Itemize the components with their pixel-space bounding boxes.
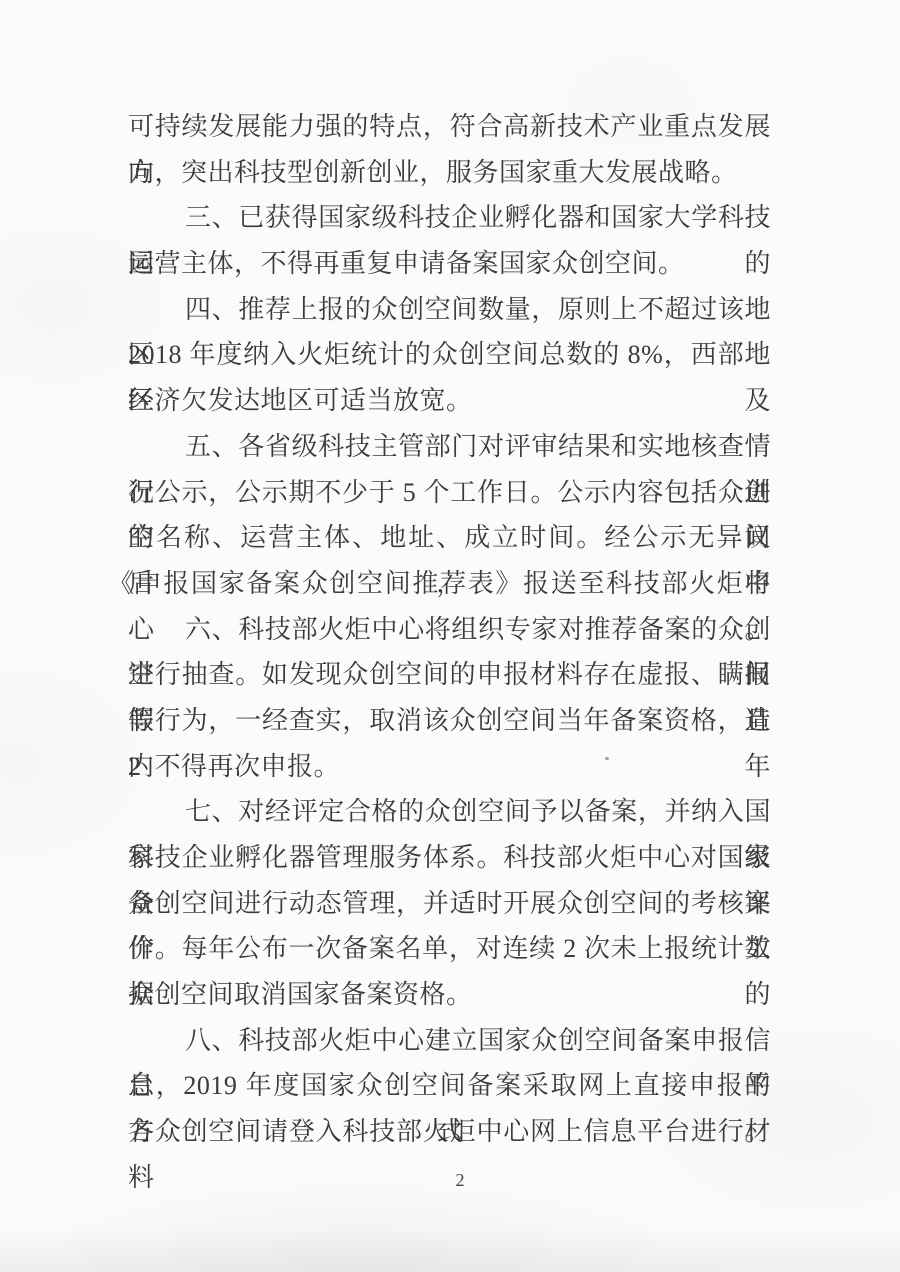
text-line: 向，突出科技型创新创业，服务国家重大发展战略。 xyxy=(128,150,771,196)
text-line: 假行为，一经查实，取消该众创空间当年备案资格，且 2 年 xyxy=(128,698,771,744)
text-line: 《申报国家备案众创空间推荐表》报送至科技部火炬中心。 xyxy=(128,561,771,607)
text-line: 运营主体，不得再重复申请备案国家众创空间。 xyxy=(128,241,771,287)
ink-speck xyxy=(605,757,609,760)
page-number: 2 xyxy=(0,1170,900,1191)
text-line: 的名称、运营主体、地址、成立时间。经公示无异议后，将 xyxy=(128,515,771,561)
document-body-text: 可持续发展能力强的特点，符合高新技术产业重点发展方 向，突出科技型创新创业，服务… xyxy=(128,104,771,1155)
text-line: 各众创空间请登入科技部火炬中心网上信息平台进行材料 xyxy=(128,1109,771,1155)
text-line: 五、各省级科技主管部门对评审结果和实地核查情况进 xyxy=(128,424,771,470)
text-line: 八、科技部火炬中心建立国家众创空间备案申报信息平 xyxy=(128,1018,771,1064)
text-line: 2018 年度纳入火炬统计的众创空间总数的 8%，西部地区及 xyxy=(128,332,771,378)
text-line: 众创空间进行动态管理，并适时开展众创空间的考核评价工 xyxy=(128,881,771,927)
text-line: 行公示，公示期不少于 5 个工作日。公示内容包括众创空间 xyxy=(128,470,771,516)
text-line: 六、科技部火炬中心将组织专家对推荐备案的众创空间 xyxy=(128,607,771,653)
text-line: 进行抽查。如发现众创空间的申报材料存在虚报、瞒报等造 xyxy=(128,652,771,698)
text-line: 台，2019 年度国家众创空间备案采取网上直接申报的方式。 xyxy=(128,1063,771,1109)
text-line: 可持续发展能力强的特点，符合高新技术产业重点发展方 xyxy=(128,104,771,150)
text-line: 作。每年公布一次备案名单，对连续 2 次未上报统计数据的 xyxy=(128,926,771,972)
scanned-document-page: { "colors": { "ink": "#3a3a3a", "paper":… xyxy=(0,0,900,1272)
text-line: 科技企业孵化器管理服务体系。科技部火炬中心对国家备案 xyxy=(128,835,771,881)
text-line: 三、已获得国家级科技企业孵化器和国家大学科技园的 xyxy=(128,195,771,241)
text-line: 七、对经评定合格的众创空间予以备案，并纳入国家级 xyxy=(128,789,771,835)
text-line: 四、推荐上报的众创空间数量，原则上不超过该地区 xyxy=(128,287,771,333)
